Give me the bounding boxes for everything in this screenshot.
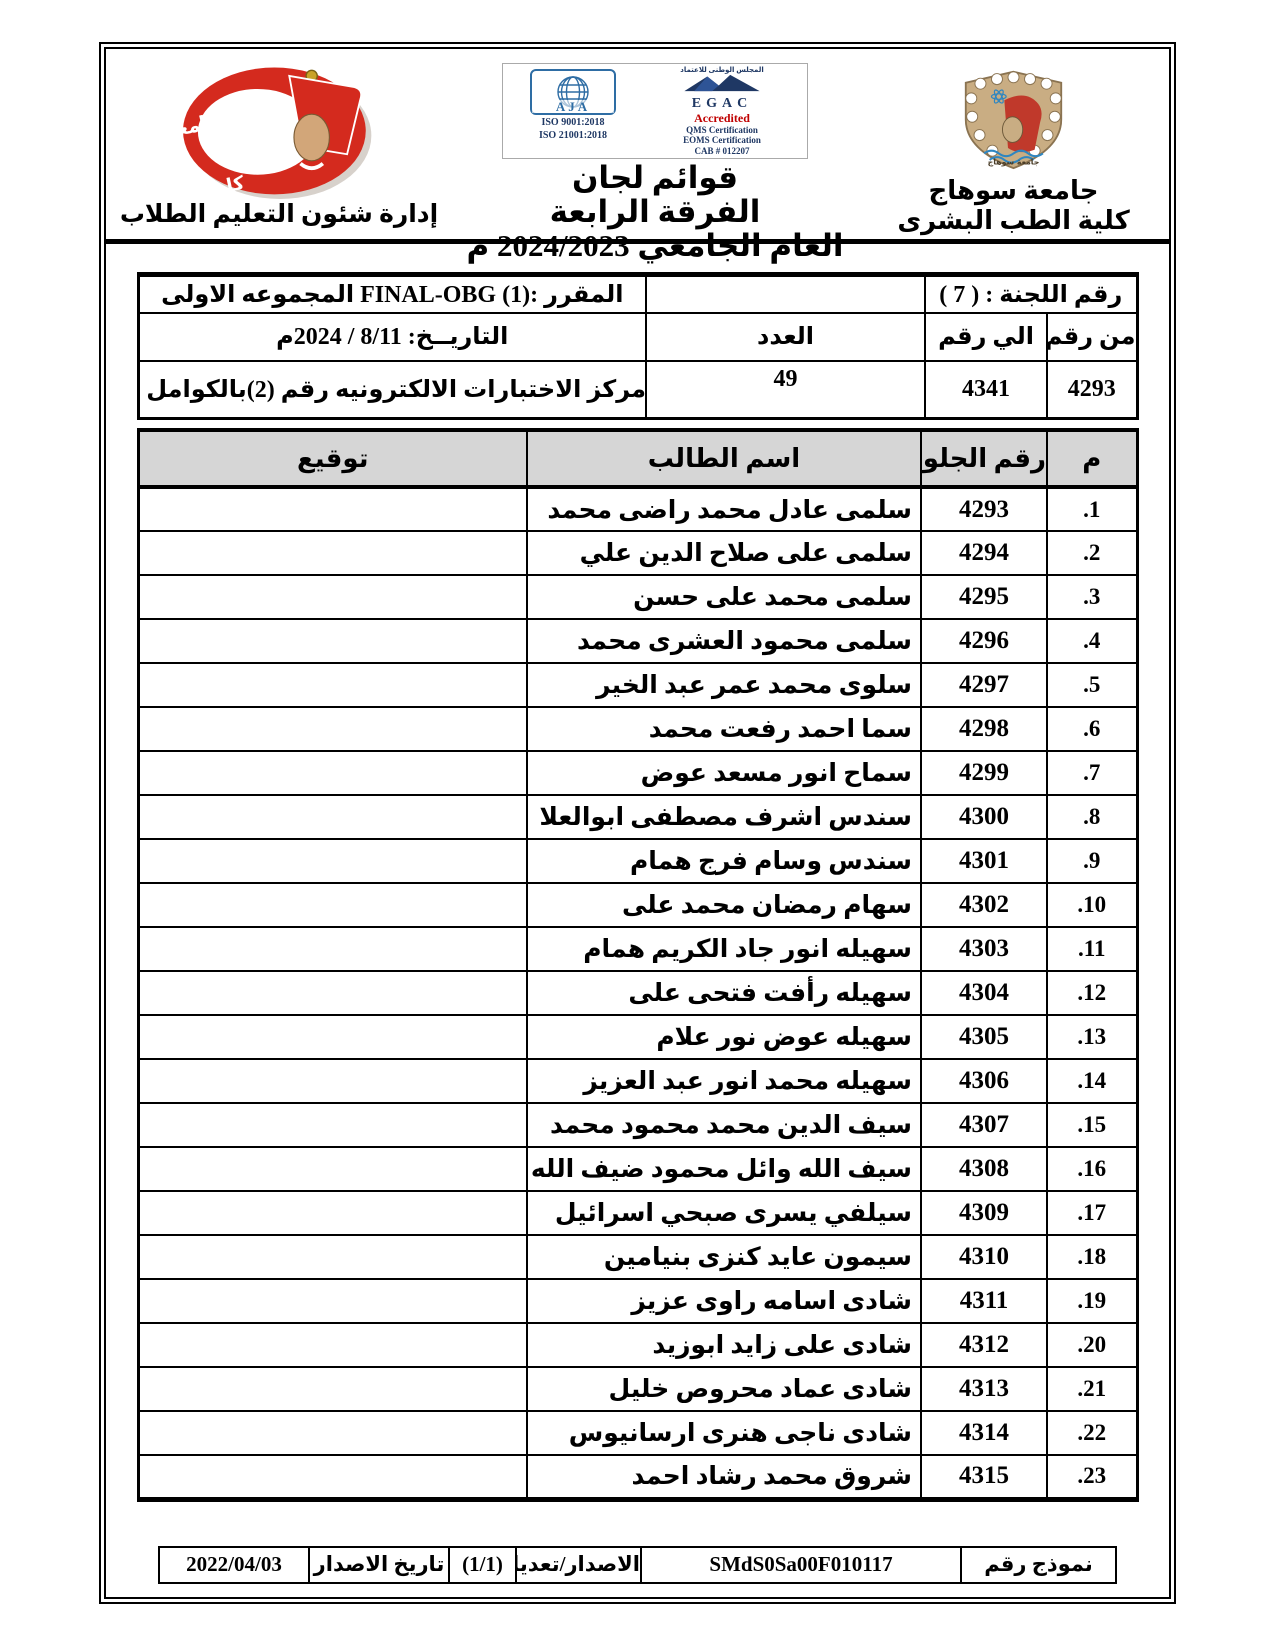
issue-date-label: تاريخ الاصدار — [309, 1547, 449, 1583]
student-name: سهام رمضان محمد على — [527, 883, 921, 927]
signature-cell — [138, 839, 527, 883]
aja-name: AJA — [532, 100, 614, 113]
signature-cell — [138, 883, 527, 927]
signature-cell — [138, 1279, 527, 1323]
table-row: .9 4301 سندس وسام فرج همام — [138, 839, 1137, 883]
signature-cell — [138, 531, 527, 575]
page-header: جامعة سوهاج جامعة سوهاج كلية الطب البشرى… — [114, 61, 1161, 237]
col-header-number: م — [1047, 430, 1137, 487]
student-name: سماح انور مسعد عوض — [527, 751, 921, 795]
exam-date: التاريــخ: 8/11 / 2024م — [138, 313, 646, 361]
seat-number: 4296 — [921, 619, 1047, 663]
seat-number: 4299 — [921, 751, 1047, 795]
signature-cell — [138, 1323, 527, 1367]
row-number: .1 — [1047, 487, 1137, 531]
issue-label: الاصدار/تعديل — [516, 1547, 641, 1583]
student-name: سهيله انور جاد الكريم همام — [527, 927, 921, 971]
signature-cell — [138, 1455, 527, 1499]
form-number-code: SMdS0Sa00F010117 — [641, 1547, 961, 1583]
table-row: .23 4315 شروق محمد رشاد احمد — [138, 1455, 1137, 1499]
table-row: .21 4313 شادى عماد محروص خليل — [138, 1367, 1137, 1411]
seat-number: 4293 — [921, 487, 1047, 531]
table-row: .16 4308 سيف الله وائل محمود ضيف الله — [138, 1147, 1137, 1191]
student-name: سندس وسام فرج همام — [527, 839, 921, 883]
signature-cell — [138, 1059, 527, 1103]
row-number: .12 — [1047, 971, 1137, 1015]
issue-value: (1/1) — [449, 1547, 516, 1583]
row-number: .23 — [1047, 1455, 1137, 1499]
egac-name: EGAC — [647, 97, 797, 112]
row-number: .2 — [1047, 531, 1137, 575]
table-row: .19 4311 شادى اسامه راوى عزيز — [138, 1279, 1137, 1323]
issue-date-value: 2022/04/03 — [159, 1547, 309, 1583]
egac-cert-line: CAB # 012207 — [647, 146, 797, 156]
table-row: .7 4299 سماح انور مسعد عوض — [138, 751, 1137, 795]
student-table-body: .1 4293 سلمى عادل محمد راضى محمد .2 4294… — [138, 487, 1137, 1499]
to-number-value: 4341 — [925, 361, 1047, 419]
row-number: .11 — [1047, 927, 1137, 971]
university-identity-block: جامعة سوهاج جامعة سوهاج كلية الطب البشرى — [866, 61, 1161, 237]
seat-number: 4297 — [921, 663, 1047, 707]
seat-number: 4295 — [921, 575, 1047, 619]
count-value: 49 — [646, 361, 925, 419]
egac-cert-line: QMS Certification — [647, 125, 797, 135]
department-name: إدارة شئون التعليم الطلاب — [120, 199, 438, 229]
row-number: .9 — [1047, 839, 1137, 883]
seat-number: 4303 — [921, 927, 1047, 971]
seat-number: 4305 — [921, 1015, 1047, 1059]
document-page: جامعة سوهاج جامعة سوهاج كلية الطب البشرى… — [0, 0, 1275, 1650]
accreditation-logos: المجلس الوطنى للاعتماد EGAC Accredited Q… — [502, 63, 808, 159]
document-titles: قوائم لجان الفرقة الرابعة العام الجامعي … — [466, 161, 843, 263]
signature-cell — [138, 707, 527, 751]
iso-line: ISO 9001:2018 — [513, 117, 633, 130]
seat-number: 4304 — [921, 971, 1047, 1015]
exam-location: مركز الاختبارات الالكترونيه رقم (2)بالكو… — [138, 361, 646, 419]
egac-arabic-text: المجلس الوطنى للاعتماد — [647, 67, 797, 74]
seat-number: 4315 — [921, 1455, 1047, 1499]
seat-number: 4314 — [921, 1411, 1047, 1455]
row-number: .21 — [1047, 1367, 1137, 1411]
student-name: سيمون عايد كنزى بنيامين — [527, 1235, 921, 1279]
pharaoh-face — [293, 114, 328, 161]
row-number: .14 — [1047, 1059, 1137, 1103]
student-name: سهيله عوض نور علام — [527, 1015, 921, 1059]
row-number: .3 — [1047, 575, 1137, 619]
table-row: .22 4314 شادى ناجى هنرى ارسانيوس — [138, 1411, 1137, 1455]
form-footer-table: نموذج رقم SMdS0Sa00F010117 الاصدار/تعديل… — [158, 1546, 1117, 1584]
signature-cell — [138, 1103, 527, 1147]
student-name: شادى اسامه راوى عزيز — [527, 1279, 921, 1323]
egac-pyramids-icon — [676, 74, 768, 92]
student-name: سما احمد رفعت محمد — [527, 707, 921, 751]
student-name: شادى ناجى هنرى ارسانيوس — [527, 1411, 921, 1455]
signature-cell — [138, 487, 527, 531]
signature-cell — [138, 1147, 527, 1191]
crescent-bottom-text: كلية الطب — [162, 173, 246, 199]
table-row: .2 4294 سلمى على صلاح الدين علي — [138, 531, 1137, 575]
table-row: .18 4310 سيمون عايد كنزى بنيامين — [138, 1235, 1137, 1279]
row-number: .13 — [1047, 1015, 1137, 1059]
academic-year-title: العام الجامعي 2024/2023 م — [466, 229, 843, 263]
table-row: .13 4305 سهيله عوض نور علام — [138, 1015, 1137, 1059]
signature-cell — [138, 575, 527, 619]
row-number: .15 — [1047, 1103, 1137, 1147]
signature-cell — [138, 971, 527, 1015]
seat-number: 4313 — [921, 1367, 1047, 1411]
seat-number: 4308 — [921, 1147, 1047, 1191]
seat-number: 4298 — [921, 707, 1047, 751]
page-title: قوائم لجان — [466, 161, 843, 195]
seat-number: 4306 — [921, 1059, 1047, 1103]
student-name: شروق محمد رشاد احمد — [527, 1455, 921, 1499]
row-number: .16 — [1047, 1147, 1137, 1191]
row-number: .22 — [1047, 1411, 1137, 1455]
sohag-university-shield-logo: جامعة سوهاج — [956, 69, 1071, 174]
signature-cell — [138, 795, 527, 839]
row-number: .10 — [1047, 883, 1137, 927]
grade-title: الفرقة الرابعة — [466, 195, 843, 229]
seat-number: 4300 — [921, 795, 1047, 839]
students-table-header: م رقم الجلوس اسم الطالب توقيع — [138, 430, 1137, 487]
table-row: .4 4296 سلمى محمود العشرى محمد — [138, 619, 1137, 663]
shield-banner-text: جامعة سوهاج — [988, 157, 1040, 166]
title-block: المجلس الوطنى للاعتماد EGAC Accredited Q… — [444, 61, 866, 237]
col-header-name: اسم الطالب — [527, 430, 921, 487]
student-name: شادى عماد محروص خليل — [527, 1367, 921, 1411]
university-name: جامعة سوهاج — [897, 176, 1129, 207]
student-name: سندس اشرف مصطفى ابوالعلا — [527, 795, 921, 839]
page-outer-border: جامعة سوهاج جامعة سوهاج كلية الطب البشرى… — [99, 42, 1176, 1604]
iso-line: ISO 21001:2018 — [513, 130, 633, 143]
seat-number: 4301 — [921, 839, 1047, 883]
egac-accredited-label: Accredited — [647, 112, 797, 125]
student-name: سلمى عادل محمد راضى محمد — [527, 487, 921, 531]
table-row: .20 4312 شادى على زايد ابوزيد — [138, 1323, 1137, 1367]
row-number: .6 — [1047, 707, 1137, 751]
row-number: .8 — [1047, 795, 1137, 839]
table-row: .8 4300 سندس اشرف مصطفى ابوالعلا — [138, 795, 1137, 839]
table-row: .11 4303 سهيله انور جاد الكريم همام — [138, 927, 1137, 971]
students-table: م رقم الجلوس اسم الطالب توقيع .1 4293 سل… — [137, 428, 1139, 1502]
table-row: .15 4307 سيف الدين محمد محمود محمد — [138, 1103, 1137, 1147]
seat-number: 4311 — [921, 1279, 1047, 1323]
table-row: .5 4297 سلوى محمد عمر عبد الخير — [138, 663, 1137, 707]
row-number: .19 — [1047, 1279, 1137, 1323]
row-number: .20 — [1047, 1323, 1137, 1367]
course-name: المقرر :FINAL-OBG (1) المجموعه الاولى — [138, 275, 646, 313]
egac-accreditation-logo: المجلس الوطنى للاعتماد EGAC Accredited Q… — [647, 67, 797, 156]
student-name: سهيله محمد انور عبد العزيز — [527, 1059, 921, 1103]
student-name: سلوى محمد عمر عبد الخير — [527, 663, 921, 707]
student-name: سلمى على صلاح الدين علي — [527, 531, 921, 575]
col-header-signature: توقيع — [138, 430, 527, 487]
signature-cell — [138, 1235, 527, 1279]
signature-cell — [138, 619, 527, 663]
seat-number: 4310 — [921, 1235, 1047, 1279]
student-name: سيف الدين محمد محمود محمد — [527, 1103, 921, 1147]
aja-iso-logo: AJA ISO 9001:2018 ISO 21001:2018 — [513, 67, 633, 142]
from-number-value: 4293 — [1047, 361, 1137, 419]
row-number: .4 — [1047, 619, 1137, 663]
egac-cert-line: EOMS Certification — [647, 135, 797, 145]
signature-cell — [138, 1367, 527, 1411]
seat-number: 4302 — [921, 883, 1047, 927]
signature-cell — [138, 751, 527, 795]
seat-number: 4312 — [921, 1323, 1047, 1367]
to-number-label: الي رقم — [925, 313, 1047, 361]
student-name: سيلفي يسرى صبحي اسرائيل — [527, 1191, 921, 1235]
seat-number: 4307 — [921, 1103, 1047, 1147]
seat-number: 4294 — [921, 531, 1047, 575]
signature-cell — [138, 927, 527, 971]
student-name: سلمى محمود العشرى محمد — [527, 619, 921, 663]
col-header-seat: رقم الجلوس — [921, 430, 1047, 487]
student-name: شادى على زايد ابوزيد — [527, 1323, 921, 1367]
table-row: .17 4309 سيلفي يسرى صبحي اسرائيل — [138, 1191, 1137, 1235]
count-label: العدد — [646, 313, 925, 361]
form-number-label: نموذج رقم — [961, 1547, 1116, 1583]
signature-cell — [138, 1191, 527, 1235]
table-row: .10 4302 سهام رمضان محمد على — [138, 883, 1137, 927]
medical-college-crescent-logo: جامعة سوهاج كلية الطب — [162, 61, 397, 199]
student-name: سلمى محمد على حسن — [527, 575, 921, 619]
table-row: .3 4295 سلمى محمد على حسن — [138, 575, 1137, 619]
row-number: .17 — [1047, 1191, 1137, 1235]
student-name: سيف الله وائل محمود ضيف الله — [527, 1147, 921, 1191]
table-row: .14 4306 سهيله محمد انور عبد العزيز — [138, 1059, 1137, 1103]
table-row: .12 4304 سهيله رأفت فتحى على — [138, 971, 1137, 1015]
faculty-name: كلية الطب البشرى — [897, 206, 1129, 237]
signature-cell — [138, 663, 527, 707]
college-identity-block: جامعة سوهاج كلية الطب إدارة شئون التعليم… — [114, 61, 444, 237]
signature-cell — [138, 1411, 527, 1455]
empty-cell — [646, 275, 925, 313]
from-number-label: من رقم — [1047, 313, 1137, 361]
committee-number: رقم اللجنة : ( 7 ) — [925, 275, 1137, 313]
seat-number: 4309 — [921, 1191, 1047, 1235]
table-row: .6 4298 سما احمد رفعت محمد — [138, 707, 1137, 751]
page-inner-border: جامعة سوهاج جامعة سوهاج كلية الطب البشرى… — [104, 47, 1171, 1599]
table-row: .1 4293 سلمى عادل محمد راضى محمد — [138, 487, 1137, 531]
committee-info-table: رقم اللجنة : ( 7 ) المقرر :FINAL-OBG (1)… — [137, 272, 1139, 420]
pharaoh-face — [1002, 117, 1022, 143]
row-number: .5 — [1047, 663, 1137, 707]
signature-cell — [138, 1015, 527, 1059]
row-number: .7 — [1047, 751, 1137, 795]
row-number: .18 — [1047, 1235, 1137, 1279]
student-name: سهيله رأفت فتحى على — [527, 971, 921, 1015]
